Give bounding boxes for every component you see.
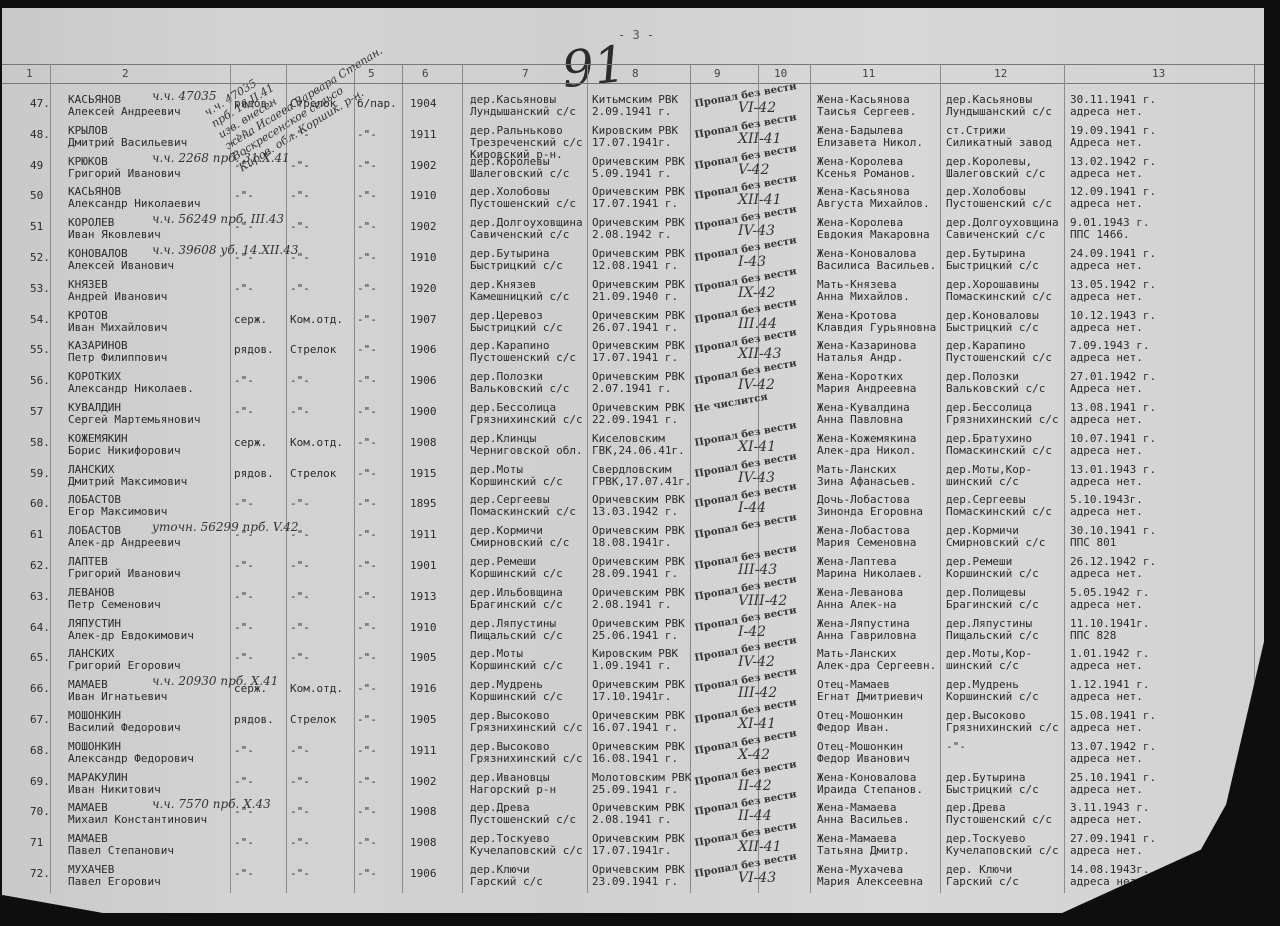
cell-notice: 30.10.1941 г. ППС 801	[1070, 525, 1156, 549]
cell-party: -"-	[357, 683, 377, 695]
cell-notice: 13.02.1942 г. адреса нет.	[1070, 156, 1156, 180]
column-number: 12	[994, 67, 1007, 80]
table-row: 72.МУХАЧЕВ Павел Егорович-"--"--"-1906де…	[2, 864, 1264, 898]
cell-rank: серж.	[234, 437, 267, 449]
cell-party: -"-	[357, 776, 377, 788]
cell-num: 53.	[30, 283, 50, 295]
cell-addr: дер.Бутырина Быстрицкий с/с	[946, 248, 1039, 272]
cell-pos: -"-	[290, 375, 310, 387]
cell-year: 1910	[410, 252, 437, 264]
cell-pos: -"-	[290, 160, 310, 172]
cell-num: 57	[30, 406, 43, 418]
cell-enlist: Оричевским РВК 13.03.1942 г.	[592, 494, 685, 518]
cell-year: 1911	[410, 745, 437, 757]
cell-rank: рядов.	[234, 714, 274, 726]
cell-kin: Жена-Леванова Анна Алек-на	[817, 587, 903, 611]
cell-year: 1908	[410, 437, 437, 449]
cell-place: дер.Бессолица Грязнихинский с/с	[470, 402, 583, 426]
cell-notice: 10.12.1943 г. адреса нет.	[1070, 310, 1156, 334]
cell-kin: Жена-Мамаева Анна Васильев.	[817, 802, 910, 826]
cell-name: МУХАЧЕВ Павел Егорович	[68, 864, 161, 888]
cell-rank: серж.	[234, 314, 267, 326]
cell-party: б/пар.	[357, 98, 397, 110]
cell-party: -"-	[357, 406, 377, 418]
cell-num: 68.	[30, 745, 50, 757]
cell-addr: дер.Долгоуховщина Савиченский с/с	[946, 217, 1059, 241]
cell-name: КНЯЗЕВ Андрей Иванович	[68, 279, 167, 303]
cell-num: 67.	[30, 714, 50, 726]
cell-party: -"-	[357, 190, 377, 202]
cell-notice: 13.08.1941 г. адреса нет.	[1070, 402, 1156, 426]
cell-addr: дер.Карапино Пустошенский с/с	[946, 340, 1052, 364]
cell-notice: 26.12.1942 г. адреса нет.	[1070, 556, 1156, 580]
cell-name: МОШОНКИН Василий Федорович	[68, 710, 181, 734]
cell-place: дер.Кормичи Смирновский с/с	[470, 525, 569, 549]
cell-enlist: Кировским РВК 1.09.1941 г.	[592, 648, 678, 672]
cell-place: дер.Ремеши Коршинский с/с	[470, 556, 563, 580]
handwritten-note: ч.ч. 2268 прб. 31.X.41	[152, 152, 290, 164]
column-number: 11	[862, 67, 875, 80]
cell-num: 54.	[30, 314, 50, 326]
cell-enlist: Оричевским РВК 2.07.1941 г.	[592, 371, 685, 395]
table-row: 68.МОШОНКИН Александр Федорович-"--"--"-…	[2, 741, 1264, 775]
cell-kin: Жена-Лаптева Марина Николаев.	[817, 556, 923, 580]
cell-party: -"-	[357, 622, 377, 634]
column-number: 10	[774, 67, 787, 80]
cell-party: -"-	[357, 591, 377, 603]
cell-pos: -"-	[290, 868, 310, 880]
cell-date-hw: I-42	[738, 626, 766, 638]
cell-pos: -"-	[290, 221, 310, 233]
cell-kin: Жена-Бадылева Елизавета Никол.	[817, 125, 923, 149]
cell-notice: 19.09.1941 г. Адреса нет.	[1070, 125, 1156, 149]
cell-rank: рядов.	[234, 468, 274, 480]
cell-year: 1908	[410, 806, 437, 818]
cell-rank: -"-	[234, 622, 254, 634]
cell-year: 1906	[410, 344, 437, 356]
cell-rank: -"-	[234, 837, 254, 849]
cell-enlist: Оричевским РВК 16.07.1941 г.	[592, 710, 685, 734]
cell-year: 1906	[410, 375, 437, 387]
cell-enlist: Свердловским ГРВК,17.07.41г.	[592, 464, 691, 488]
cell-pos: -"-	[290, 591, 310, 603]
cell-kin: Жена-Кувалдина Анна Павловна	[817, 402, 910, 426]
cell-name: ЛЯПУСТИН Алек-др Евдокимович	[68, 618, 194, 642]
cell-num: 59.	[30, 468, 50, 480]
cell-pos: -"-	[290, 806, 310, 818]
cell-date-hw: XII-41	[738, 194, 782, 206]
cell-pos: Стрелок	[290, 468, 336, 480]
cell-name: МАМАЕВ Павел Степанович	[68, 833, 174, 857]
cell-place: дер.Моты Коршинский с/с	[470, 464, 563, 488]
cell-pos: Стрелок	[290, 98, 336, 110]
handwritten-note: ч.ч. 39608 уб. 14.XII.43	[152, 244, 298, 256]
cell-date-hw: XI-41	[738, 441, 776, 453]
cell-name: КАСЬЯНОВ Александр Николаевич	[68, 186, 200, 210]
cell-rank: -"-	[234, 745, 254, 757]
cell-rank: -"-	[234, 652, 254, 664]
cell-enlist: Оричевским РВК 21.09.1940 г.	[592, 279, 685, 303]
column-number: 8	[632, 67, 639, 80]
cell-party: -"-	[357, 745, 377, 757]
cell-year: 1902	[410, 221, 437, 233]
cell-notice: 14.08.1943г. адреса нет.	[1070, 864, 1149, 888]
table-row: 63.ЛЕВАНОВ Петр Семенович-"--"--"-1913де…	[2, 587, 1264, 621]
cell-date-hw: XI-41	[738, 718, 776, 730]
cell-kin: Отец-Мошонкин Федор Иван.	[817, 710, 903, 734]
cell-date-hw: II-44	[738, 810, 772, 822]
table-row: 58.КОЖЕМЯКИН Борис Никифоровичсерж.Ком.о…	[2, 433, 1264, 467]
document-page: - 3 - 91 ч.ч. 47035прб. 16.II.41изв. вне…	[2, 8, 1264, 913]
cell-addr: дер.Древа Пустошенский с/с	[946, 802, 1052, 826]
cell-year: 1900	[410, 406, 437, 418]
cell-num: 48.	[30, 129, 50, 141]
cell-addr: дер.Моты,Кор- шинский с/с	[946, 648, 1032, 672]
cell-kin: Отец-Мошонкин Федор Иванович	[817, 741, 910, 765]
cell-notice: 5.05.1942 г. адреса нет.	[1070, 587, 1149, 611]
cell-year: 1902	[410, 776, 437, 788]
cell-num: 50	[30, 190, 43, 202]
cell-num: 66.	[30, 683, 50, 695]
cell-place: дер.Высоково Грязнихинский с/с	[470, 741, 583, 765]
cell-name: МАРАКУЛИН Иван Никитович	[68, 772, 161, 796]
header-rule	[2, 83, 1264, 84]
cell-year: 1901	[410, 560, 437, 572]
cell-place: дер.Долгоуховщина Савиченский с/с	[470, 217, 583, 241]
cell-pos: -"-	[290, 837, 310, 849]
cell-notice: 11.10.1941г. ППС 828	[1070, 618, 1149, 642]
cell-enlist: Молотовским РВК 25.09.1941 г.	[592, 772, 691, 796]
cell-year: 1916	[410, 683, 437, 695]
cell-place: дер.Ильбовщина Брагинский с/с	[470, 587, 563, 611]
cell-name: КОЖЕМЯКИН Борис Никифорович	[68, 433, 181, 457]
cell-num: 47.	[30, 98, 50, 110]
cell-pos: Ком.отд.	[290, 683, 343, 695]
cell-pos: -"-	[290, 190, 310, 202]
cell-num: 62.	[30, 560, 50, 572]
cell-name: ЛЕВАНОВ Петр Семенович	[68, 587, 161, 611]
cell-enlist: Оричевским РВК 2.08.1942 г.	[592, 217, 685, 241]
cell-enlist: Киселовским ГВК,24.06.41г.	[592, 433, 685, 457]
cell-pos: Стрелок	[290, 344, 336, 356]
cell-party: -"-	[357, 529, 377, 541]
table-row: 67.МОШОНКИН Василий Федоровичрядов.Стрел…	[2, 710, 1264, 744]
cell-pos: Стрелок	[290, 714, 336, 726]
cell-rank: -"-	[234, 498, 254, 510]
cell-year: 1908	[410, 837, 437, 849]
cell-party: -"-	[357, 375, 377, 387]
cell-name: КАЗАРИНОВ Петр Филиппович	[68, 340, 167, 364]
cell-party: -"-	[357, 221, 377, 233]
cell-addr: дер.Высоково Грязнихинский с/с	[946, 710, 1059, 734]
cell-notice: 15.08.1941 г. адреса нет.	[1070, 710, 1156, 734]
cell-party: -"-	[357, 837, 377, 849]
cell-year: 1913	[410, 591, 437, 603]
cell-year: 1920	[410, 283, 437, 295]
cell-date-hw: VI-43	[738, 872, 776, 884]
cell-party: -"-	[357, 283, 377, 295]
cell-enlist: Оричевским РВК 17.07.1941 г.	[592, 340, 685, 364]
cell-enlist: Оричевским РВК 17.07.1941г.	[592, 833, 685, 857]
cell-rank: -"-	[234, 190, 254, 202]
cell-notice: 3.11.1943 г. адреса нет.	[1070, 802, 1149, 826]
cell-rank: -"-	[234, 283, 254, 295]
cell-addr: дер.Бутырина Быстрицкий с/с	[946, 772, 1039, 796]
cell-name: КОРОЛЕВ Иван Яковлевич	[68, 217, 161, 241]
cell-name: КОРОТКИХ Александр Николаев.	[68, 371, 194, 395]
table-row: 62.ЛАПТЕВ Григорий Иванович-"--"--"-1901…	[2, 556, 1264, 590]
cell-enlist: Оричевским РВК 5.09.1941 г.	[592, 156, 685, 180]
cell-pos: -"-	[290, 776, 310, 788]
cell-pos: -"-	[290, 622, 310, 634]
cell-addr: дер.Тоскуево Кучелаповский с/с	[946, 833, 1059, 857]
page-number: - 3 -	[618, 28, 654, 42]
cell-notice: 13.01.1943 г. адреса нет.	[1070, 464, 1156, 488]
cell-num: 69.	[30, 776, 50, 788]
cell-place: дер.Карапино Пустошенский с/с	[470, 340, 576, 364]
cell-rank: -"-	[234, 129, 254, 141]
cell-date-hw: V-42	[738, 164, 769, 176]
cell-year: 1904	[410, 98, 437, 110]
cell-notice: 25.10.1941 г. адреса нет.	[1070, 772, 1156, 796]
cell-party: -"-	[357, 714, 377, 726]
cell-enlist: Кировским РВК 17.07.1941г.	[592, 125, 678, 149]
cell-date-hw: X-42	[738, 749, 770, 761]
cell-date-hw: IX-42	[738, 287, 776, 299]
handwritten-note: уточн. 56299 прб. V.42	[152, 521, 299, 533]
cell-addr: дер.Сергеевы Помаскинский с/с	[946, 494, 1052, 518]
cell-enlist: Оричевским РВК 26.07.1941 г.	[592, 310, 685, 334]
cell-notice: 27.09.1941 г. адреса нет.	[1070, 833, 1156, 857]
cell-enlist: Оричевским РВК 18.08.1941г.	[592, 525, 685, 549]
cell-num: 65.	[30, 652, 50, 664]
cell-num: 61	[30, 529, 43, 541]
cell-name: МОШОНКИН Александр Федорович	[68, 741, 194, 765]
cell-addr: дер.Касьяновы Лундышанский с/с	[946, 94, 1052, 118]
cell-date-hw: III.44	[738, 318, 777, 330]
cell-date-hw: XII-41	[738, 841, 782, 853]
cell-kin: Жена-Ляпустина Анна Гавриловна	[817, 618, 916, 642]
cell-addr: дер.Полозки Вальковский с/с	[946, 371, 1045, 395]
cell-rank: -"-	[234, 406, 254, 418]
cell-place: дер.Ивановцы Нагорский р-н	[470, 772, 556, 796]
cell-place: дер.Высоково Грязнихинский с/с	[470, 710, 583, 734]
cell-year: 1902	[410, 160, 437, 172]
column-number: 7	[522, 67, 529, 80]
cell-year: 1905	[410, 714, 437, 726]
cell-pos: -"-	[290, 283, 310, 295]
cell-kin: Жена-Кожемякина Алек-дра Никол.	[817, 433, 916, 457]
cell-rank: -"-	[234, 868, 254, 880]
cell-date-hw: IV-42	[738, 379, 775, 391]
cell-notice: 13.05.1942 г. адреса нет.	[1070, 279, 1156, 303]
cell-num: 58.	[30, 437, 50, 449]
cell-addr: дер.Ляпустины Пищальский с/с	[946, 618, 1039, 642]
handwritten-note: ч.ч. 20930 прб. X.41	[152, 675, 278, 687]
column-number: 13	[1152, 67, 1165, 80]
cell-num: 56.	[30, 375, 50, 387]
cell-enlist: Оричевским РВК 17.10.1941г.	[592, 679, 685, 703]
cell-date-hw: XII-41	[738, 133, 782, 145]
cell-year: 1910	[410, 622, 437, 634]
cell-party: -"-	[357, 806, 377, 818]
cell-num: 72.	[30, 868, 50, 880]
cell-kin: Дочь-Лобастова Зинонда Егоровна	[817, 494, 923, 518]
cell-kin: Жена-Кротова Клавдия Гурьяновна	[817, 310, 936, 334]
cell-place: дер.Ляпустины Пищальский с/с	[470, 618, 563, 642]
cell-year: 1915	[410, 468, 437, 480]
cell-name: ЛОБАСТОВ Егор Максимович	[68, 494, 167, 518]
cell-party: -"-	[357, 344, 377, 356]
cell-pos: -"-	[290, 745, 310, 757]
table-row: 53.КНЯЗЕВ Андрей Иванович-"--"--"-1920де…	[2, 279, 1264, 313]
cell-place: дер.Церевоз Быстрицкий с/с	[470, 310, 563, 334]
cell-num: 64.	[30, 622, 50, 634]
cell-party: -"-	[357, 560, 377, 572]
cell-party: -"-	[357, 129, 377, 141]
table-row: 52.КОНОВАЛОВ Алексей Иванович-"--"--"-19…	[2, 248, 1264, 282]
cell-place: дер.Тоскуево Кучелаповский с/с	[470, 833, 583, 857]
cell-pos: Ком.отд.	[290, 437, 343, 449]
cell-kin: Мать-Ланских Зина Афанасьев.	[817, 464, 916, 488]
cell-year: 1911	[410, 129, 437, 141]
cell-rank: -"-	[234, 776, 254, 788]
cell-addr: дер.Хорошавины Помаскинский с/с	[946, 279, 1052, 303]
cell-place: дер.Бутырина Быстрицкий с/с	[470, 248, 563, 272]
cell-date-hw: I-43	[738, 256, 766, 268]
cell-kin: Жена-Королева Евдокия Макаровна	[817, 217, 930, 241]
cell-kin: Отец-Мамаев Егнат Дмитриевич	[817, 679, 923, 703]
column-number: 2	[122, 67, 129, 80]
handwritten-note: ч.ч. 7570 прб. X.43	[152, 798, 271, 810]
cell-kin: Жена-Мухачева Мария Алексеевна	[817, 864, 923, 888]
cell-party: -"-	[357, 160, 377, 172]
cell-date-hw: I-44	[738, 502, 766, 514]
handwritten-note: ч.ч. 47035	[152, 90, 217, 102]
cell-kin: Жена-Касьянова Таисья Сергеев.	[817, 94, 916, 118]
cell-addr: дер. Ключи Гарский с/с	[946, 864, 1019, 888]
cell-party: -"-	[357, 468, 377, 480]
cell-notice: 27.01.1942 г. Адреса нет.	[1070, 371, 1156, 395]
column-number: 1	[26, 67, 33, 80]
column-number: 9	[714, 67, 721, 80]
table-row: 57КУВАЛДИН Сергей Мартемьянович-"--"--"-…	[2, 402, 1264, 436]
cell-rank: -"-	[234, 375, 254, 387]
cell-notice: 24.09.1941 г. адреса нет.	[1070, 248, 1156, 272]
cell-kin: Жена-Мамаева Татьяна Дмитр.	[817, 833, 910, 857]
cell-year: 1910	[410, 190, 437, 202]
cell-addr: дер.Холобовы Пустошенский с/с	[946, 186, 1052, 210]
cell-date-hw: IV-43	[738, 472, 775, 484]
table-row: 47.КАСЬЯНОВ Алексей Андреевичрядов.Стрел…	[2, 94, 1264, 128]
header-rule	[2, 64, 1264, 65]
cell-place: дер.Полозки Вальковский с/с	[470, 371, 569, 395]
cell-addr: дер.Королевы, Шалеговский с/с	[946, 156, 1045, 180]
cell-enlist: Оричевским РВК 12.08.1941 г.	[592, 248, 685, 272]
cell-addr: дер.Полищевы Брагинский с/с	[946, 587, 1039, 611]
handwritten-note: ч.ч. 56249 прб. III.43	[152, 213, 284, 225]
cell-place: дер.Мудрень Коршинский с/с	[470, 679, 563, 703]
cell-party: -"-	[357, 868, 377, 880]
cell-date-hw: II-42	[738, 780, 772, 792]
cell-place: дер.Клинцы Черниговской обл.	[470, 433, 583, 457]
cell-enlist: Оричевским РВК 28.09.1941 г.	[592, 556, 685, 580]
cell-notice: 5.10.1943г. адреса нет.	[1070, 494, 1143, 518]
cell-kin: Жена-Лобастова Мария Семеновна	[817, 525, 916, 549]
archive-number: 91	[559, 35, 628, 99]
cell-date-hw: VIII-42	[738, 595, 787, 607]
cell-pos: -"-	[290, 498, 310, 510]
cell-name: ЛАНСКИХ Григорий Егорович	[68, 648, 181, 672]
cell-addr: -"-	[946, 741, 966, 753]
cell-addr: дер.Братухино Помаскинский с/с	[946, 433, 1052, 457]
cell-date-hw: VI-42	[738, 102, 776, 114]
cell-addr: дер.Мудрень Коршинский с/с	[946, 679, 1039, 703]
cell-num: 71	[30, 837, 43, 849]
cell-num: 52.	[30, 252, 50, 264]
cell-name: КУВАЛДИН Сергей Мартемьянович	[68, 402, 200, 426]
cell-notice: 7.09.1943 г. адреса нет.	[1070, 340, 1149, 364]
cell-kin: Мать-Князева Анна Михайлов.	[817, 279, 910, 303]
cell-party: -"-	[357, 437, 377, 449]
cell-date-hw: XII-43	[738, 348, 782, 360]
cell-enlist: Оричевским РВК 22.09.1941 г.	[592, 402, 685, 426]
cell-rank: -"-	[234, 591, 254, 603]
cell-year: 1907	[410, 314, 437, 326]
cell-pos: -"-	[290, 129, 310, 141]
cell-party: -"-	[357, 252, 377, 264]
cell-party: -"-	[357, 314, 377, 326]
cell-date-hw: IV-43	[738, 225, 775, 237]
cell-date-hw: III-42	[738, 687, 777, 699]
cell-addr: ст.Стрижи Силикатный завод	[946, 125, 1052, 149]
cell-num: 63.	[30, 591, 50, 603]
column-number: 5	[368, 67, 375, 80]
cell-notice: 1.01.1942 г. адреса нет.	[1070, 648, 1149, 672]
cell-num: 55.	[30, 344, 50, 356]
cell-name: КРОТОВ Иван Михайлович	[68, 310, 167, 334]
cell-notice: 13.07.1942 г. адреса нет.	[1070, 741, 1156, 765]
cell-name: ЛАПТЕВ Григорий Иванович	[68, 556, 181, 580]
cell-num: 60.	[30, 498, 50, 510]
cell-pos: Ком.отд.	[290, 314, 343, 326]
cell-rank: рядов.	[234, 98, 274, 110]
cell-kin: Жена-Коновалова Василиса Васильев.	[817, 248, 936, 272]
cell-notice: 10.07.1941 г. адреса нет.	[1070, 433, 1156, 457]
cell-name: КРЫЛОВ Дмитрий Васильевич	[68, 125, 187, 149]
cell-addr: дер.Коноваловы Быстрицкий с/с	[946, 310, 1039, 334]
cell-place: дер.Древа Пустошенский с/с	[470, 802, 576, 826]
cell-rank: -"-	[234, 560, 254, 572]
cell-num: 49	[30, 160, 43, 172]
cell-num: 70.	[30, 806, 50, 818]
cell-notice: 30.11.1941 г. адреса нет.	[1070, 94, 1156, 118]
cell-name: ЛАНСКИХ Дмитрий Максимович	[68, 464, 187, 488]
cell-place: дер.Князев Камешницкий с/с	[470, 279, 569, 303]
cell-enlist: Оричевским РВК 2.08.1941 г.	[592, 587, 685, 611]
cell-addr: дер.Моты,Кор- шинский с/с	[946, 464, 1032, 488]
cell-enlist: Оричевским РВК 2.08.1941 г.	[592, 802, 685, 826]
column-number: 6	[422, 67, 429, 80]
cell-party: -"-	[357, 652, 377, 664]
cell-enlist: Китьмским РВК 2.09.1941 г.	[592, 94, 678, 118]
cell-place: дер.Холобовы Пустошенский с/с	[470, 186, 576, 210]
cell-kin: Жена-Касьянова Августа Михайлов.	[817, 186, 930, 210]
cell-place: дер.Сергеевы Помаскинский с/с	[470, 494, 576, 518]
cell-kin: Мать-Ланских Алек-дра Сергеевн.	[817, 648, 936, 672]
cell-enlist: Оричевским РВК 17.07.1941 г.	[592, 186, 685, 210]
cell-kin: Жена-Коновалова Ираида Степанов.	[817, 772, 923, 796]
